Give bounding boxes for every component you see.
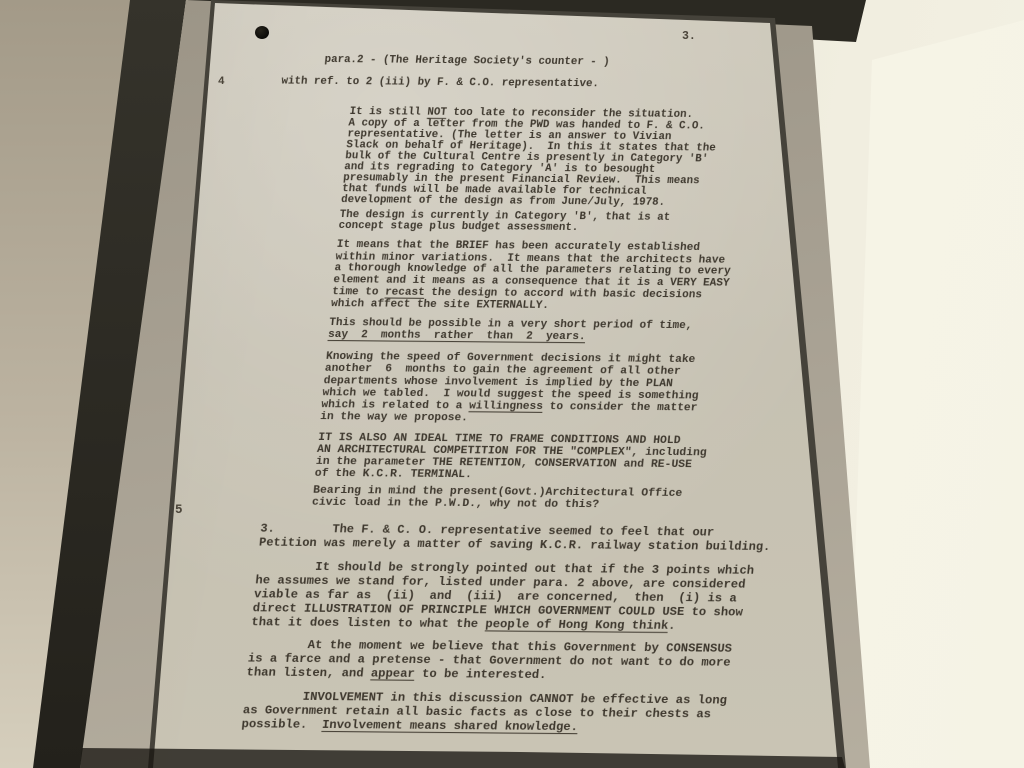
page-number: 3. (682, 30, 696, 43)
typed-line: with ref. to 2 (iii) by F. & C.O. repres… (281, 76, 852, 93)
typed-block: INVOLVEMENT in this discussion CANNOT be… (149, 688, 793, 736)
typed-block: It should be strongly pointed out that i… (159, 558, 806, 634)
typed-text: para.2 - (The Heritage Society's counter… (149, 54, 854, 736)
typed-block: This should be possible in a very short … (186, 316, 828, 346)
typed-block: 3. The F. & C. O. representative seemed … (166, 520, 809, 554)
typed-block: It is still NOT too late to reconsider t… (200, 106, 850, 211)
typed-block: Knowing the speed of Government decision… (179, 350, 826, 428)
hole-punch-icon (255, 26, 269, 39)
typed-block: IT IS ALSO AN IDEAL TIME TO FRAME CONDIT… (173, 432, 818, 485)
photo-of-typed-memo-page: 3. 4 5 para.2 - (The Heritage Society's … (0, 0, 1024, 768)
typed-block: The design is currently in Category 'B',… (197, 208, 839, 236)
typed-block: Bearing in mind the present(Govt.)Archit… (170, 483, 812, 514)
typed-block: At the moment we believe that this Gover… (154, 636, 798, 684)
typed-block: It means that the BRIEF has been accurat… (189, 238, 836, 315)
typed-block: with ref. to 2 (iii) by F. & C.O. repres… (211, 76, 852, 93)
